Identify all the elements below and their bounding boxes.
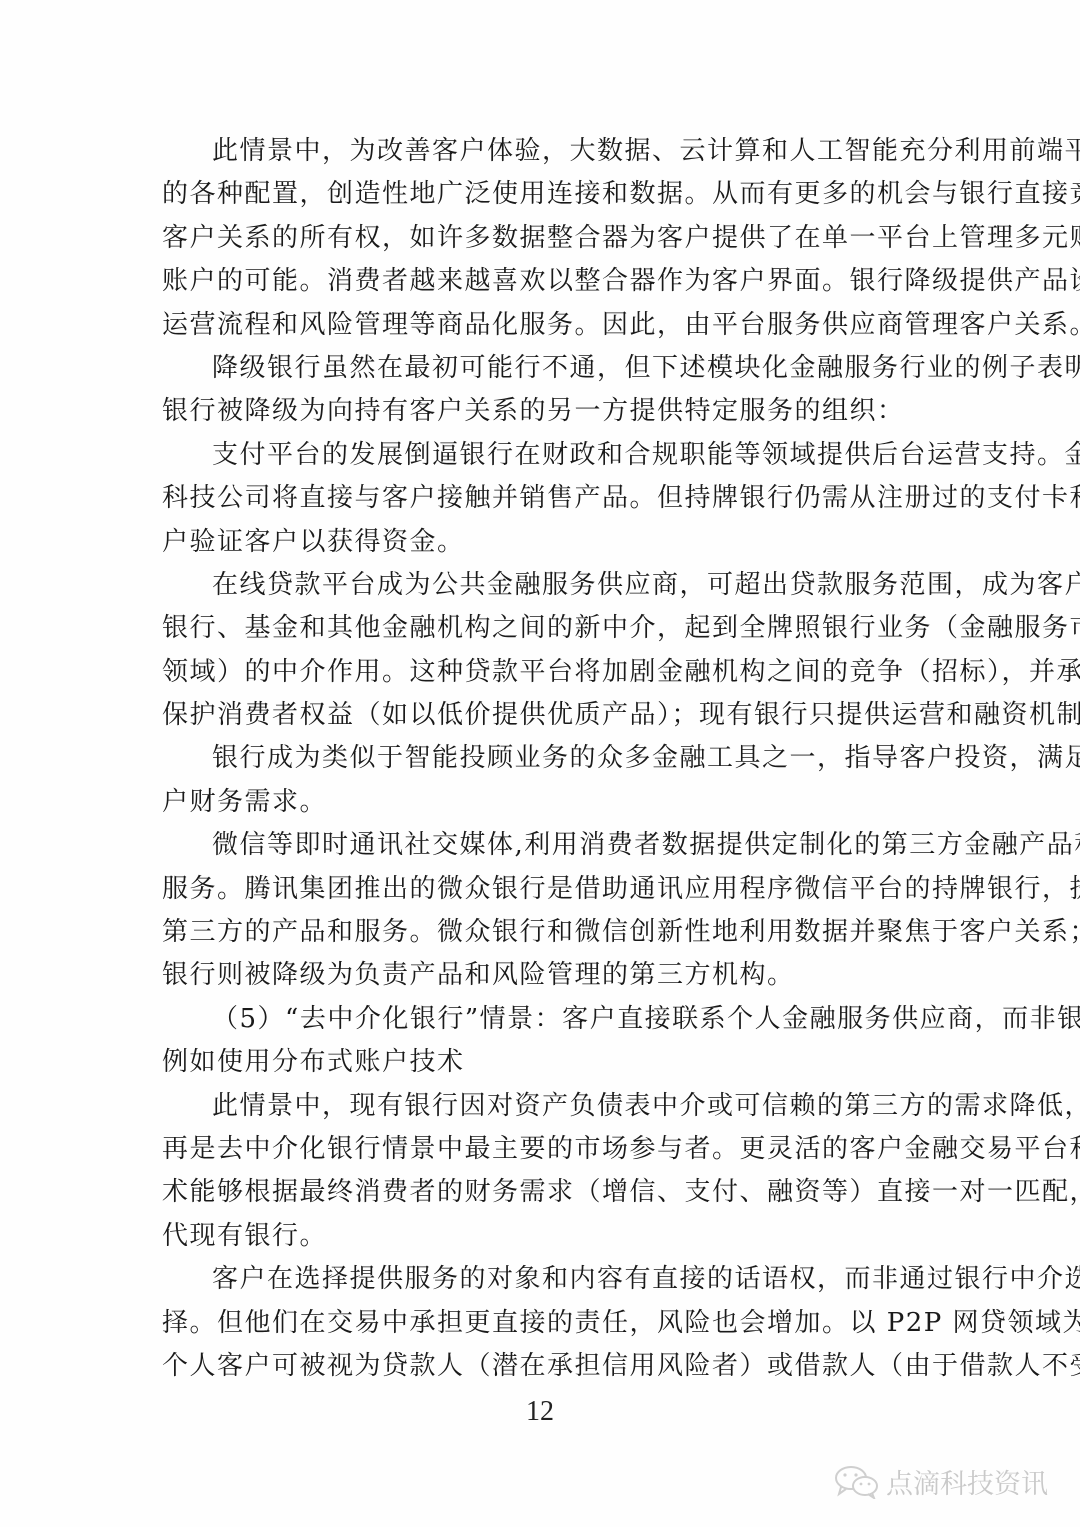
text-line: 保护消费者权益（如以低价提供优质产品）；现有银行只提供运营和融资机制。 — [162, 694, 918, 737]
text-line: 户验证客户以获得资金。 — [162, 521, 918, 564]
document-page: 此情景中，为改善客户体验，大数据、云计算和人工智能充分利用前端平台的各种配置，创… — [0, 0, 1080, 1527]
watermark: 点滴科技资讯 — [834, 1462, 1048, 1501]
text-line: 客户关系的所有权，如许多数据整合器为客户提供了在单一平台上管理多元财务 — [162, 217, 918, 260]
text-line: 代现有银行。 — [162, 1215, 918, 1258]
text-line: 领域）的中介作用。这种贷款平台将加剧金融机构之间的竞争（招标），并承诺 — [162, 651, 918, 694]
page-number: 12 — [0, 1396, 1080, 1428]
wechat-icon — [834, 1465, 880, 1499]
text-line: 银行被降级为向持有客户关系的另一方提供特定服务的组织： — [162, 390, 918, 433]
text-line: 服务。腾讯集团推出的微众银行是借助通讯应用程序微信平台的持牌银行，提供 — [162, 868, 918, 911]
text-line: 个人客户可被视为贷款人（潜在承担信用风险者）或借款人（由于借款人不受监 — [162, 1345, 918, 1388]
text-line: 降级银行虽然在最初可能行不通，但下述模块化金融服务行业的例子表明， — [162, 347, 918, 390]
text-line: 运营流程和风险管理等商品化服务。因此，由平台服务供应商管理客户关系。 — [162, 304, 918, 347]
text-line: 银行、基金和其他金融机构之间的新中介，起到全牌照银行业务（金融服务市场 — [162, 607, 918, 650]
text-line: 此情景中，为改善客户体验，大数据、云计算和人工智能充分利用前端平台 — [162, 130, 918, 173]
text-line: 的各种配置，创造性地广泛使用连接和数据。从而有更多的机会与银行直接竞争 — [162, 173, 918, 216]
watermark-text: 点滴科技资讯 — [886, 1462, 1048, 1501]
text-line: 此情景中，现有银行因对资产负债表中介或可信赖的第三方的需求降低，不 — [162, 1085, 918, 1128]
body-text: 此情景中，为改善客户体验，大数据、云计算和人工智能充分利用前端平台的各种配置，创… — [162, 130, 918, 1388]
text-line: 账户的可能。消费者越来越喜欢以整合器作为客户界面。银行降级提供产品设计、 — [162, 260, 918, 303]
text-line: （5）“去中介化银行”情景：客户直接联系个人金融服务供应商，而非银行， — [162, 998, 918, 1041]
text-line: 术能够根据最终消费者的财务需求（增信、支付、融资等）直接一对一匹配，取 — [162, 1171, 918, 1214]
text-line: 银行成为类似于智能投顾业务的众多金融工具之一，指导客户投资，满足客 — [162, 737, 918, 780]
text-line: 在线贷款平台成为公共金融服务供应商，可超出贷款服务范围，成为客户与 — [162, 564, 918, 607]
text-line: 择。但他们在交易中承担更直接的责任，风险也会增加。以 P2P 网贷领域为例， — [162, 1302, 918, 1345]
text-line: 科技公司将直接与客户接触并销售产品。但持牌银行仍需从注册过的支付卡和账 — [162, 477, 918, 520]
text-line: 银行则被降级为负责产品和风险管理的第三方机构。 — [162, 954, 918, 997]
text-line: 客户在选择提供服务的对象和内容有直接的话语权，而非通过银行中介选 — [162, 1258, 918, 1301]
text-line: 第三方的产品和服务。微众银行和微信创新性地利用数据并聚焦于客户关系；而 — [162, 911, 918, 954]
text-line: 例如使用分布式账户技术 — [162, 1041, 918, 1084]
text-line: 支付平台的发展倒逼银行在财政和合规职能等领域提供后台运营支持。金融 — [162, 434, 918, 477]
text-line: 微信等即时通讯社交媒体,利用消费者数据提供定制化的第三方金融产品和 — [162, 824, 918, 867]
text-line: 再是去中介化银行情景中最主要的市场参与者。更灵活的客户金融交易平台和技 — [162, 1128, 918, 1171]
text-line: 户财务需求。 — [162, 781, 918, 824]
